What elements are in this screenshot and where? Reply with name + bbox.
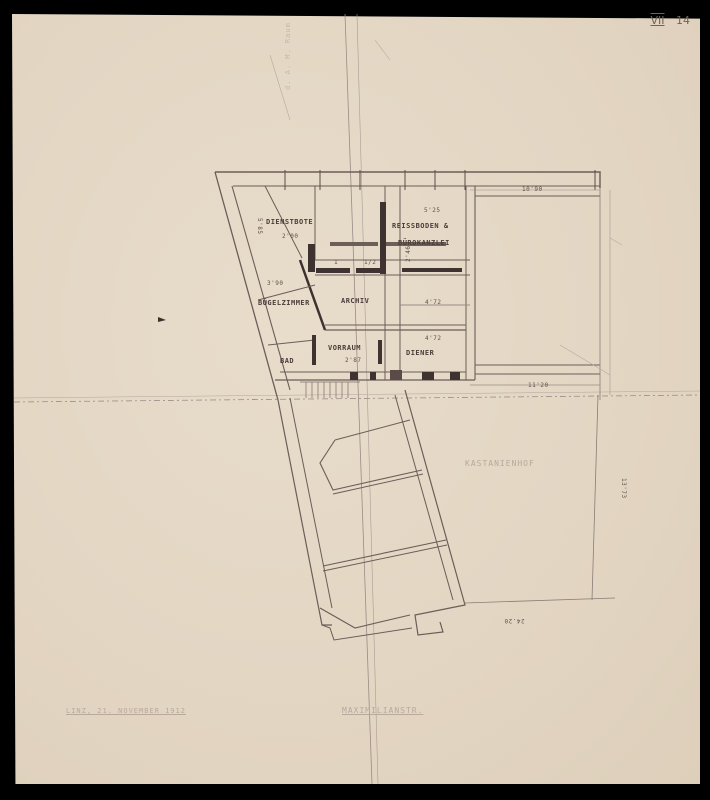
dimension-reissboden: 2'46 — [406, 246, 412, 262]
dimension-lower-horizontal: 24.20 — [504, 617, 525, 623]
axis-line-vertical — [345, 14, 372, 784]
courtyard-label: KASTANIENHOF — [465, 460, 535, 468]
room-label-dienstbote: DIENSTBOTE — [266, 219, 313, 226]
dimension-notes-top: 5'25 — [424, 208, 440, 214]
room-label-archiv: ARCHIV — [341, 298, 369, 305]
dimension-dienstbote-width: 2'00 — [282, 234, 298, 240]
date-stamp: LINZ, 21. NOVEMBER 1912 — [66, 708, 186, 715]
dimension-diener: 4'72 — [425, 336, 441, 342]
floor-plan-drawing — [0, 0, 710, 800]
room-label-vorraum: VORRAUM — [328, 345, 361, 352]
dimension-dienstbote-depth: 5'85 — [256, 218, 262, 234]
dimension-top-right: 10'90 — [522, 187, 543, 193]
dimension-bottom-right: 11'20 — [528, 383, 549, 389]
room-label-diener: DIENER — [406, 350, 434, 357]
dimension-archiv: 4'72 — [425, 300, 441, 306]
dimension-bugel: 3'90 — [267, 281, 283, 287]
room-label-reissboden: REISSBODEN & — [392, 223, 449, 230]
dimension-vorraum: 2'87 — [345, 358, 361, 364]
dimension-vertical-right: 13'73 — [620, 478, 626, 499]
dimension-half: 1/2 — [364, 260, 376, 266]
dimension-one: 1 — [334, 260, 338, 266]
room-label-buegelzimmer: BÜGELZIMMER — [258, 300, 310, 307]
room-label-bad: BAD — [280, 358, 294, 365]
street-label: MAXIMILIANSTR. — [342, 707, 423, 715]
pencil-scribble: d. A. M. Raum — [285, 22, 292, 90]
axis-line-horizontal — [14, 395, 700, 402]
